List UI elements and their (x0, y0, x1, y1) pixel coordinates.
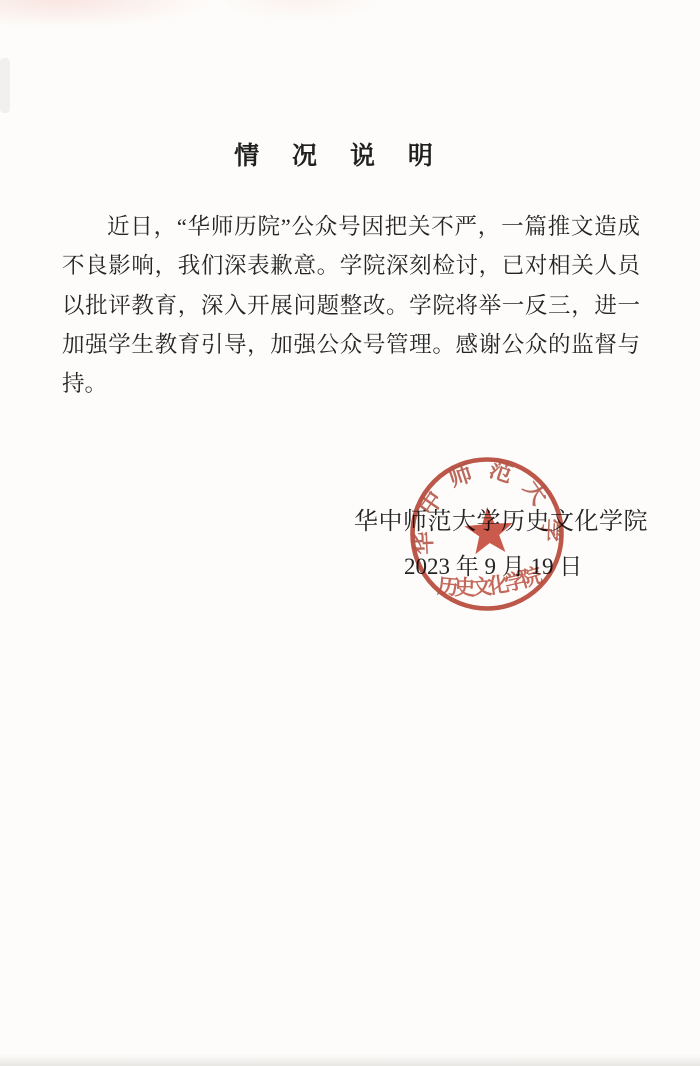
body-line: 不良影响，我们深表歉意。学院深刻检讨，已对相关人员予 (62, 246, 640, 285)
red-star-icon (463, 505, 515, 554)
official-seal-stamp: 华中师范大学 历史文化学院 (398, 445, 578, 621)
body-line: 以批评教育，深入开展问题整改。学院将举一反三，进一步 (62, 286, 640, 325)
body-line: 持。 (62, 364, 640, 403)
body-line: 近日，“华师历院”公众号因把关不严，一篇推文造成 (62, 207, 640, 246)
scan-artifact-bottom-band (0, 1054, 700, 1066)
scan-artifact-smudge (0, 58, 10, 113)
statement-body: 近日，“华师历院”公众号因把关不严，一篇推文造成 不良影响，我们深表歉意。学院深… (62, 207, 640, 403)
document-title: 情 况 说 明 (51, 136, 629, 172)
body-line: 加强学生教育引导，加强公众号管理。感谢公众的监督与支 (62, 325, 640, 364)
scanned-document-page: 情 况 说 明 近日，“华师历院”公众号因把关不严，一篇推文造成 不良影响，我们… (0, 0, 700, 1066)
